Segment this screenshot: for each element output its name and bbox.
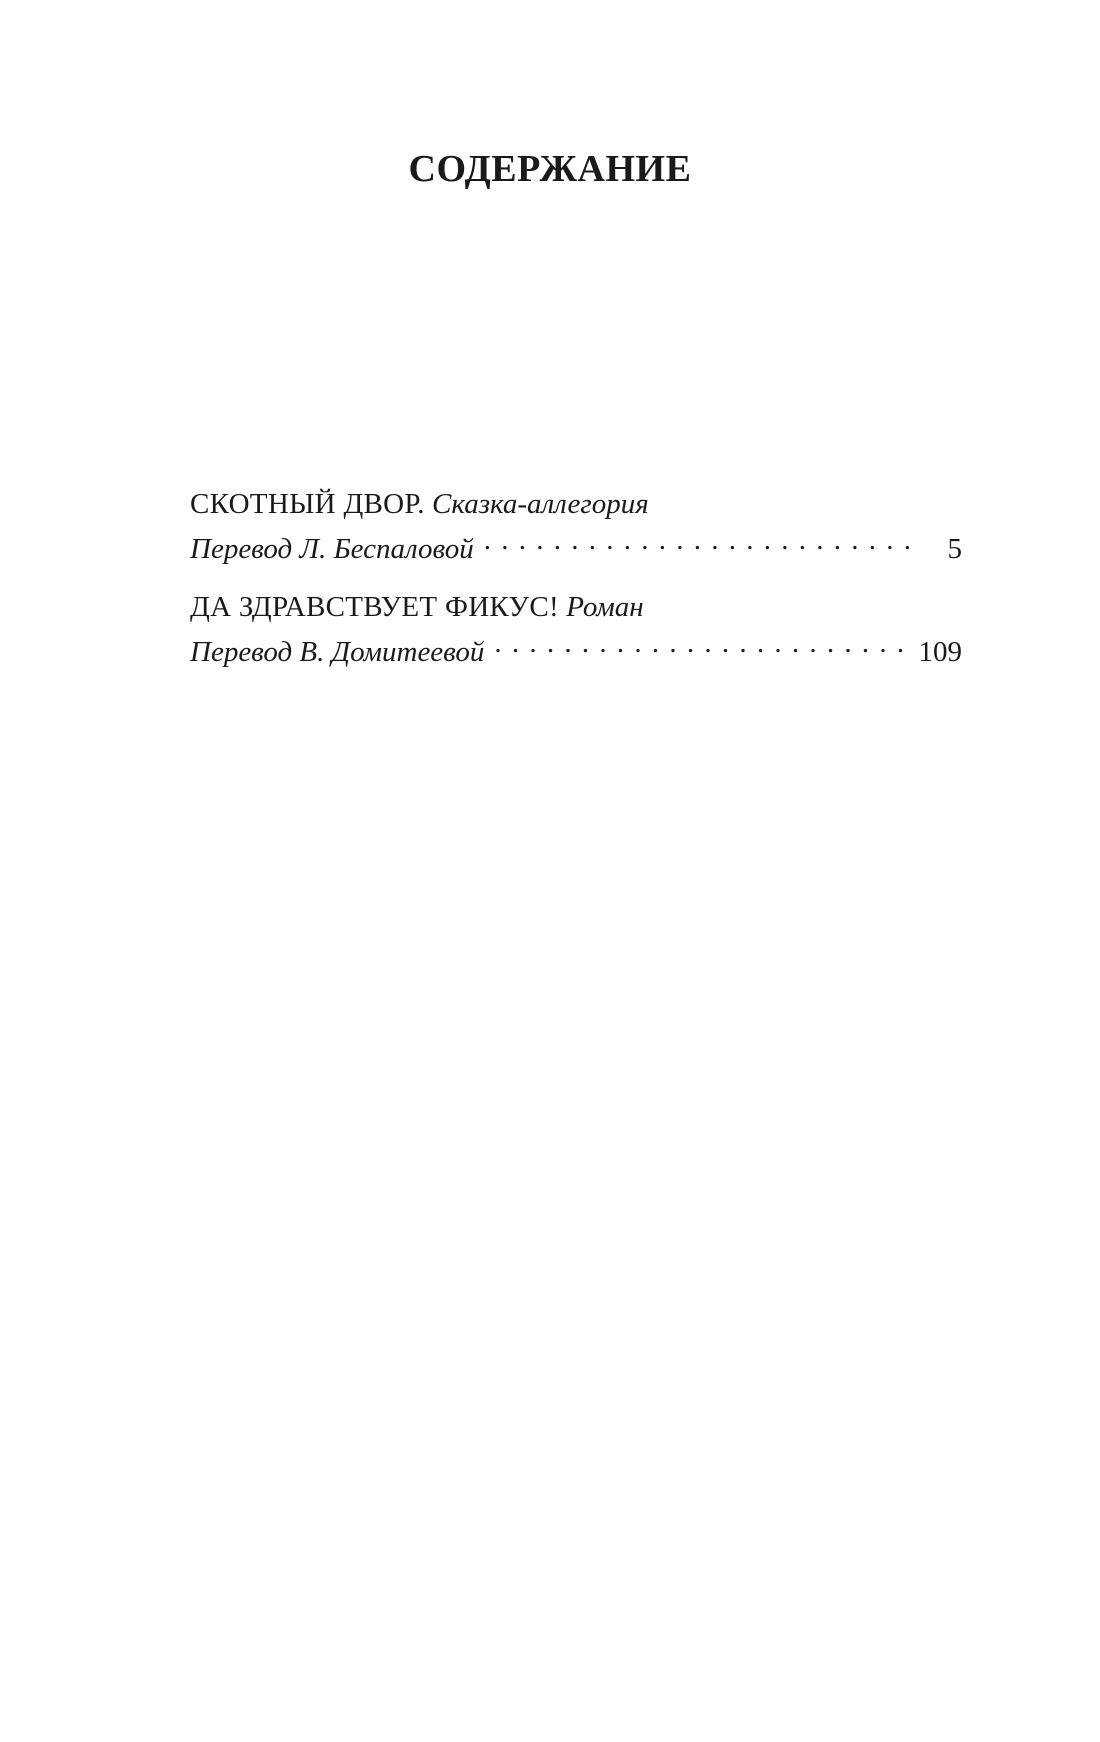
toc-entry-translator-line: Перевод Л. Беспаловой 5 bbox=[190, 522, 962, 567]
toc-entry[interactable]: СКОТНЫЙ ДВОР. Сказка-аллегория Перевод Л… bbox=[190, 486, 962, 567]
work-genre: Сказка-аллегория bbox=[432, 488, 649, 520]
work-title: ДА ЗДРАВСТВУЕТ ФИКУС! bbox=[190, 591, 559, 623]
page-number: 5 bbox=[922, 531, 962, 567]
toc-entry-heading: ДА ЗДРАВСТВУЕТ ФИКУС! Роман bbox=[190, 589, 962, 625]
dot-leader bbox=[494, 625, 912, 661]
translator: Перевод Л. Беспаловой bbox=[190, 531, 474, 567]
table-of-contents: СКОТНЫЙ ДВОР. Сказка-аллегория Перевод Л… bbox=[190, 486, 962, 692]
dot-leader bbox=[484, 522, 916, 558]
toc-entry[interactable]: ДА ЗДРАВСТВУЕТ ФИКУС! Роман Перевод В. Д… bbox=[190, 589, 962, 670]
work-title: СКОТНЫЙ ДВОР. bbox=[190, 488, 425, 520]
page-title: СОДЕРЖАНИЕ bbox=[0, 146, 1100, 192]
toc-entry-heading: СКОТНЫЙ ДВОР. Сказка-аллегория bbox=[190, 486, 962, 522]
toc-entry-translator-line: Перевод В. Домитеевой 109 bbox=[190, 625, 962, 670]
work-genre: Роман bbox=[566, 591, 643, 623]
translator: Перевод В. Домитеевой bbox=[190, 634, 484, 670]
page-number: 109 bbox=[919, 634, 963, 670]
